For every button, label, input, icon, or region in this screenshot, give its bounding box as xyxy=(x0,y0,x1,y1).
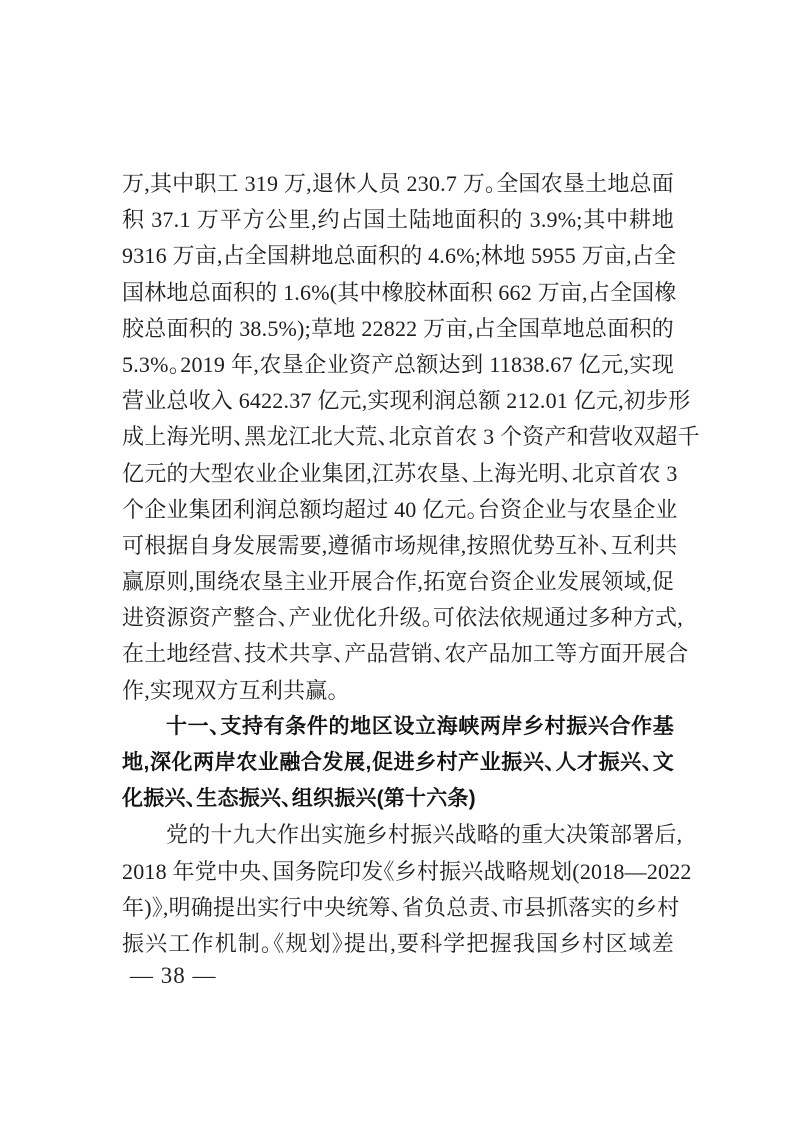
body-line: 5.3%。2019 年,农垦企业资产总额达到 11838.67 亿元,实现 xyxy=(122,347,674,383)
body-line: 进资源资产整合、产业优化升级。可依法依规通过多种方式, xyxy=(122,600,674,636)
body-line: 作,实现双方互利共赢。 xyxy=(122,673,674,709)
body-line: 年)》,明确提出实行中央统筹、省负总责、市县抓落实的乡村 xyxy=(122,890,674,926)
body-line: 营业总收入 6422.37 亿元,实现利润总额 212.01 亿元,初步形 xyxy=(122,383,674,419)
body-line: 成上海光明、黑龙江北大荒、北京首农 3 个资产和营收双超千 xyxy=(122,419,674,455)
text-block: 万,其中职工 319 万,退休人员 230.7 万。全国农垦土地总面 积 37.… xyxy=(122,166,674,962)
body-line: 个企业集团利润总额均超过 40 亿元。台资企业与农垦企业 xyxy=(122,492,674,528)
body-line: 党的十九大作出实施乡村振兴战略的重大决策部署后, xyxy=(122,817,674,853)
heading-line: 十一、支持有条件的地区设立海峡两岸乡村振兴合作基 xyxy=(122,709,674,745)
body-paragraph: 党的十九大作出实施乡村振兴战略的重大决策部署后, 2018 年党中央、国务院印发… xyxy=(122,817,674,962)
body-line: 积 37.1 万平方公里,约占国土陆地面积的 3.9%;其中耕地 xyxy=(122,202,674,238)
page-number: — 38 — xyxy=(130,963,217,989)
body-line: 万,其中职工 319 万,退休人员 230.7 万。全国农垦土地总面 xyxy=(122,166,674,202)
body-line: 赢原则,围绕农垦主业开展合作,拓宽台资企业发展领域,促 xyxy=(122,564,674,600)
body-line: 振兴工作机制。《规划》提出,要科学把握我国乡村区域差 xyxy=(122,926,674,962)
body-line: 9316 万亩,占全国耕地总面积的 4.6%;林地 5955 万亩,占全 xyxy=(122,238,674,274)
heading-line: 化振兴、生态振兴、组织振兴(第十六条) xyxy=(122,781,674,817)
body-line: 在土地经营、技术共享、产品营销、农产品加工等方面开展合 xyxy=(122,636,674,672)
heading-line: 地,深化两岸农业融合发展,促进乡村产业振兴、人才振兴、文 xyxy=(122,745,674,781)
body-line: 胶总面积的 38.5%);草地 22822 万亩,占全国草地总面积的 xyxy=(122,311,674,347)
body-line: 2018 年党中央、国务院印发《乡村振兴战略规划(2018—2022 xyxy=(122,854,674,890)
body-line: 国林地总面积的 1.6%(其中橡胶林面积 662 万亩,占全国橡 xyxy=(122,275,674,311)
body-line: 亿元的大型农业企业集团,江苏农垦、上海光明、北京首农 3 xyxy=(122,456,674,492)
section-heading: 十一、支持有条件的地区设立海峡两岸乡村振兴合作基 地,深化两岸农业融合发展,促进… xyxy=(122,709,674,818)
body-paragraph-continued: 万,其中职工 319 万,退休人员 230.7 万。全国农垦土地总面 积 37.… xyxy=(122,166,674,709)
document-page: 万,其中职工 319 万,退休人员 230.7 万。全国农垦土地总面 积 37.… xyxy=(0,0,793,1122)
body-line: 可根据自身发展需要,遵循市场规律,按照优势互补、互利共 xyxy=(122,528,674,564)
